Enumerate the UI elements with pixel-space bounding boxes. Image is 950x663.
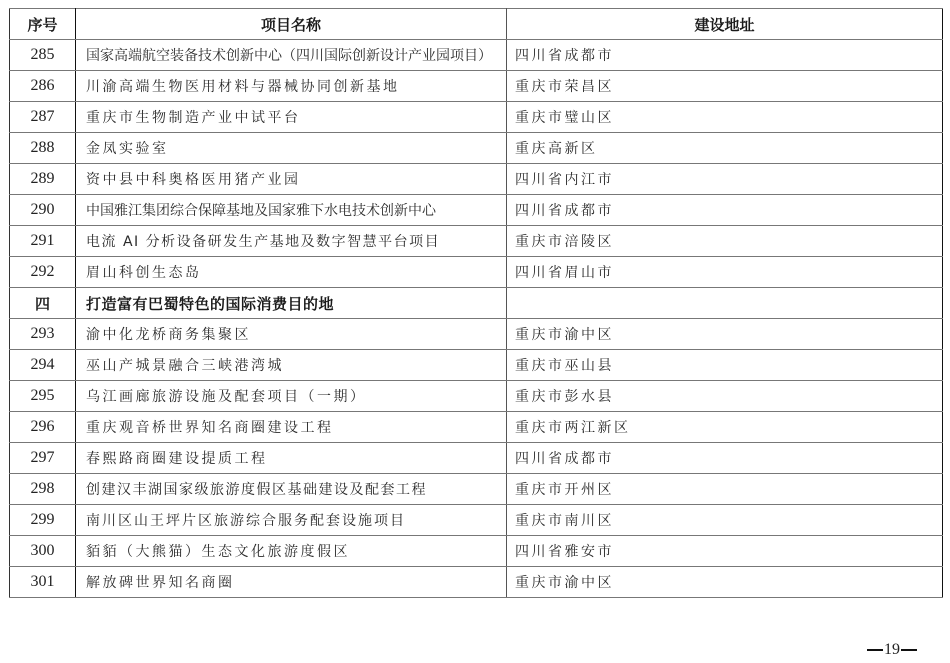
row-number: 290: [10, 195, 76, 226]
row-project-name: 眉山科创生态岛: [76, 257, 507, 288]
row-project-name: 南川区山王坪片区旅游综合服务配套设施项目: [76, 505, 507, 536]
row-project-name: 巫山产城景融合三峡港湾城: [76, 350, 507, 381]
row-location: 重庆市两江新区: [507, 412, 943, 443]
table-row: 291 电流 AI 分析设备研发生产基地及数字智慧平台项目 重庆市涪陵区: [10, 226, 943, 257]
table-header-row: 序号 项目名称 建设地址: [10, 9, 943, 40]
row-number: 294: [10, 350, 76, 381]
table-row: 296 重庆观音桥世界知名商圈建设工程 重庆市两江新区: [10, 412, 943, 443]
row-project-name: 国家高端航空装备技术创新中心（四川国际创新设计产业园项目）: [76, 40, 507, 71]
row-project-name: 金凤实验室: [76, 133, 507, 164]
row-location: 重庆市南川区: [507, 505, 943, 536]
row-number: 301: [10, 567, 76, 598]
row-number: 289: [10, 164, 76, 195]
table-row: 297 春熙路商圈建设提质工程 四川省成都市: [10, 443, 943, 474]
row-location: 重庆市璧山区: [507, 102, 943, 133]
table-row: 293 渝中化龙桥商务集聚区 重庆市渝中区: [10, 319, 943, 350]
row-location: 四川省成都市: [507, 40, 943, 71]
table-row: 287 重庆市生物制造产业中试平台 重庆市璧山区: [10, 102, 943, 133]
row-number: 292: [10, 257, 76, 288]
row-location: 四川省成都市: [507, 195, 943, 226]
row-location: 重庆市涪陵区: [507, 226, 943, 257]
row-location: 四川省雅安市: [507, 536, 943, 567]
row-location: 重庆市渝中区: [507, 319, 943, 350]
row-number: 285: [10, 40, 76, 71]
row-location: 四川省眉山市: [507, 257, 943, 288]
row-location: 重庆高新区: [507, 133, 943, 164]
table-row: 294 巫山产城景融合三峡港湾城 重庆市巫山县: [10, 350, 943, 381]
table-row: 299 南川区山王坪片区旅游综合服务配套设施项目 重庆市南川区: [10, 505, 943, 536]
row-project-name: 渝中化龙桥商务集聚区: [76, 319, 507, 350]
row-location: 重庆市巫山县: [507, 350, 943, 381]
row-number: 299: [10, 505, 76, 536]
row-project-name: 重庆观音桥世界知名商圈建设工程: [76, 412, 507, 443]
row-project-name: 创建汉丰湖国家级旅游度假区基础建设及配套工程: [76, 474, 507, 505]
row-location: 重庆市荣昌区: [507, 71, 943, 102]
row-number: 297: [10, 443, 76, 474]
row-project-name: 解放碑世界知名商圈: [76, 567, 507, 598]
row-location: 重庆市开州区: [507, 474, 943, 505]
row-project-name: 中国雅江集团综合保障基地及国家雅下水电技术创新中心: [76, 195, 507, 226]
row-location: 重庆市渝中区: [507, 567, 943, 598]
table-row: 288 金凤实验室 重庆高新区: [10, 133, 943, 164]
row-number: 291: [10, 226, 76, 257]
row-number: 287: [10, 102, 76, 133]
row-number: 298: [10, 474, 76, 505]
section-location: [507, 288, 943, 319]
section-title: 打造富有巴蜀特色的国际消费目的地: [76, 288, 507, 319]
row-number: 300: [10, 536, 76, 567]
row-location: 四川省内江市: [507, 164, 943, 195]
page-number-value: 19: [884, 641, 900, 659]
dash-right: [901, 649, 917, 651]
header-project-name: 项目名称: [76, 9, 507, 40]
row-number: 288: [10, 133, 76, 164]
project-table: 序号 项目名称 建设地址 285 国家高端航空装备技术创新中心（四川国际创新设计…: [9, 8, 943, 598]
row-project-name: 乌江画廊旅游设施及配套项目（一期）: [76, 381, 507, 412]
row-project-name: 资中县中科奥格医用猪产业园: [76, 164, 507, 195]
table-row: 290 中国雅江集团综合保障基地及国家雅下水电技术创新中心 四川省成都市: [10, 195, 943, 226]
table-row: 300 貊貊（大熊猫）生态文化旅游度假区 四川省雅安市: [10, 536, 943, 567]
row-project-name: 春熙路商圈建设提质工程: [76, 443, 507, 474]
table-row: 289 资中县中科奥格医用猪产业园 四川省内江市: [10, 164, 943, 195]
table-row: 285 国家高端航空装备技术创新中心（四川国际创新设计产业园项目） 四川省成都市: [10, 40, 943, 71]
table-row: 298 创建汉丰湖国家级旅游度假区基础建设及配套工程 重庆市开州区: [10, 474, 943, 505]
table-row: 295 乌江画廊旅游设施及配套项目（一期） 重庆市彭水县: [10, 381, 943, 412]
section-header-row: 四 打造富有巴蜀特色的国际消费目的地: [10, 288, 943, 319]
row-location: 四川省成都市: [507, 443, 943, 474]
row-number: 296: [10, 412, 76, 443]
row-project-name: 貊貊（大熊猫）生态文化旅游度假区: [76, 536, 507, 567]
header-location: 建设地址: [507, 9, 943, 40]
row-location: 重庆市彭水县: [507, 381, 943, 412]
row-project-name: 电流 AI 分析设备研发生产基地及数字智慧平台项目: [76, 226, 507, 257]
header-serial-number: 序号: [10, 9, 76, 40]
row-number: 286: [10, 71, 76, 102]
table-row: 292 眉山科创生态岛 四川省眉山市: [10, 257, 943, 288]
table-body: 285 国家高端航空装备技术创新中心（四川国际创新设计产业园项目） 四川省成都市…: [10, 40, 943, 598]
table-row: 286 川渝高端生物医用材料与器械协同创新基地 重庆市荣昌区: [10, 71, 943, 102]
dash-left: [867, 649, 883, 651]
row-number: 295: [10, 381, 76, 412]
page-number: 19: [867, 641, 917, 659]
section-number: 四: [10, 288, 76, 319]
table-row: 301 解放碑世界知名商圈 重庆市渝中区: [10, 567, 943, 598]
row-number: 293: [10, 319, 76, 350]
row-project-name: 重庆市生物制造产业中试平台: [76, 102, 507, 133]
row-project-name: 川渝高端生物医用材料与器械协同创新基地: [76, 71, 507, 102]
